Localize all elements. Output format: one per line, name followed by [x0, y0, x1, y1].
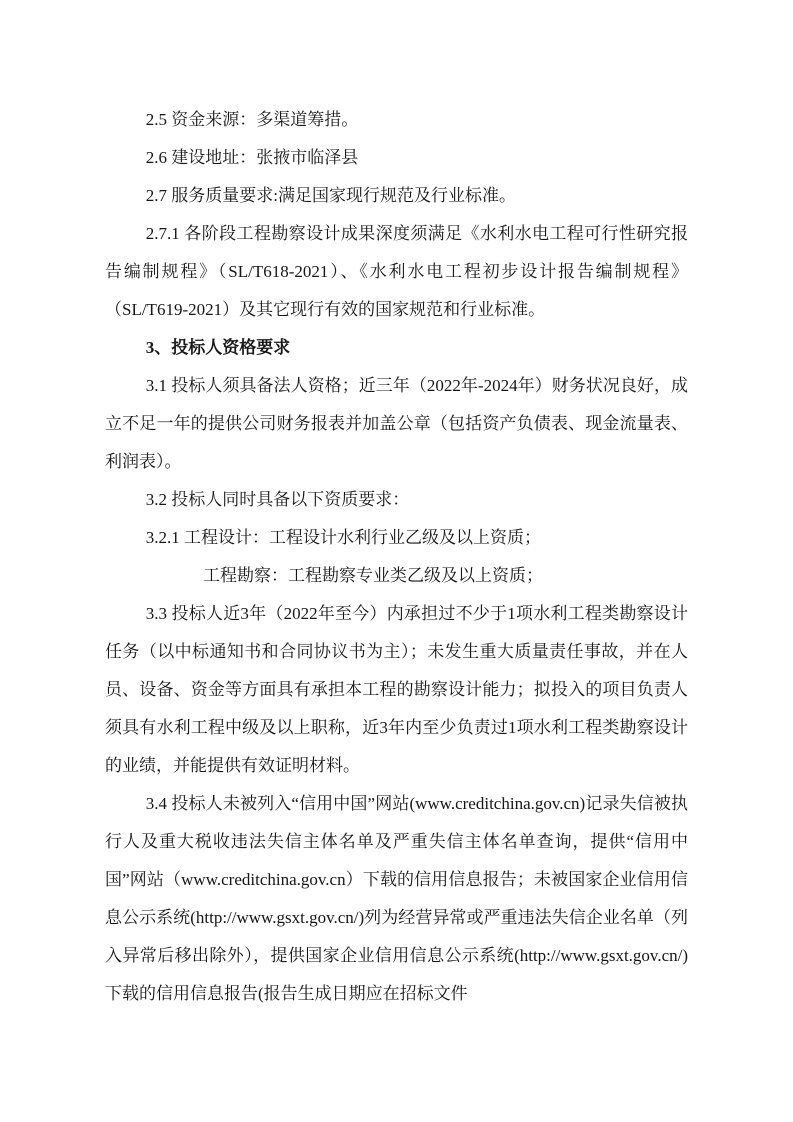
clause-2-7-1: 2.7.1 各阶段工程勘察设计成果深度须满足《水利水电工程可行性研究报告编制规程…	[105, 215, 688, 329]
clause-3-2: 3.2 投标人同时具备以下资质要求：	[105, 481, 688, 519]
section-3-heading: 3、投标人资格要求	[105, 329, 688, 367]
document-page: 2.5 资金来源：多渠道筹措。 2.6 建设地址：张掖市临泽县 2.7 服务质量…	[0, 0, 793, 1122]
clause-3-2-1-survey: 工程勘察：工程勘察专业类乙级及以上资质；	[105, 557, 688, 595]
clause-3-3: 3.3 投标人近3年（2022年至今）内承担过不少于1项水利工程类勘察设计任务（…	[105, 595, 688, 785]
clause-2-7: 2.7 服务质量要求:满足国家现行规范及行业标准。	[105, 177, 688, 215]
clause-2-6: 2.6 建设地址：张掖市临泽县	[105, 139, 688, 177]
clause-3-1: 3.1 投标人须具备法人资格；近三年（2022年-2024年）财务状况良好，成立…	[105, 367, 688, 481]
document-text-block: 2.5 资金来源：多渠道筹措。 2.6 建设地址：张掖市临泽县 2.7 服务质量…	[105, 101, 688, 1013]
clause-2-5: 2.5 资金来源：多渠道筹措。	[105, 101, 688, 139]
clause-3-4: 3.4 投标人未被列入“信用中国”网站(www.creditchina.gov.…	[105, 785, 688, 1013]
clause-3-2-1-design: 3.2.1 工程设计：工程设计水利行业乙级及以上资质；	[105, 519, 688, 557]
